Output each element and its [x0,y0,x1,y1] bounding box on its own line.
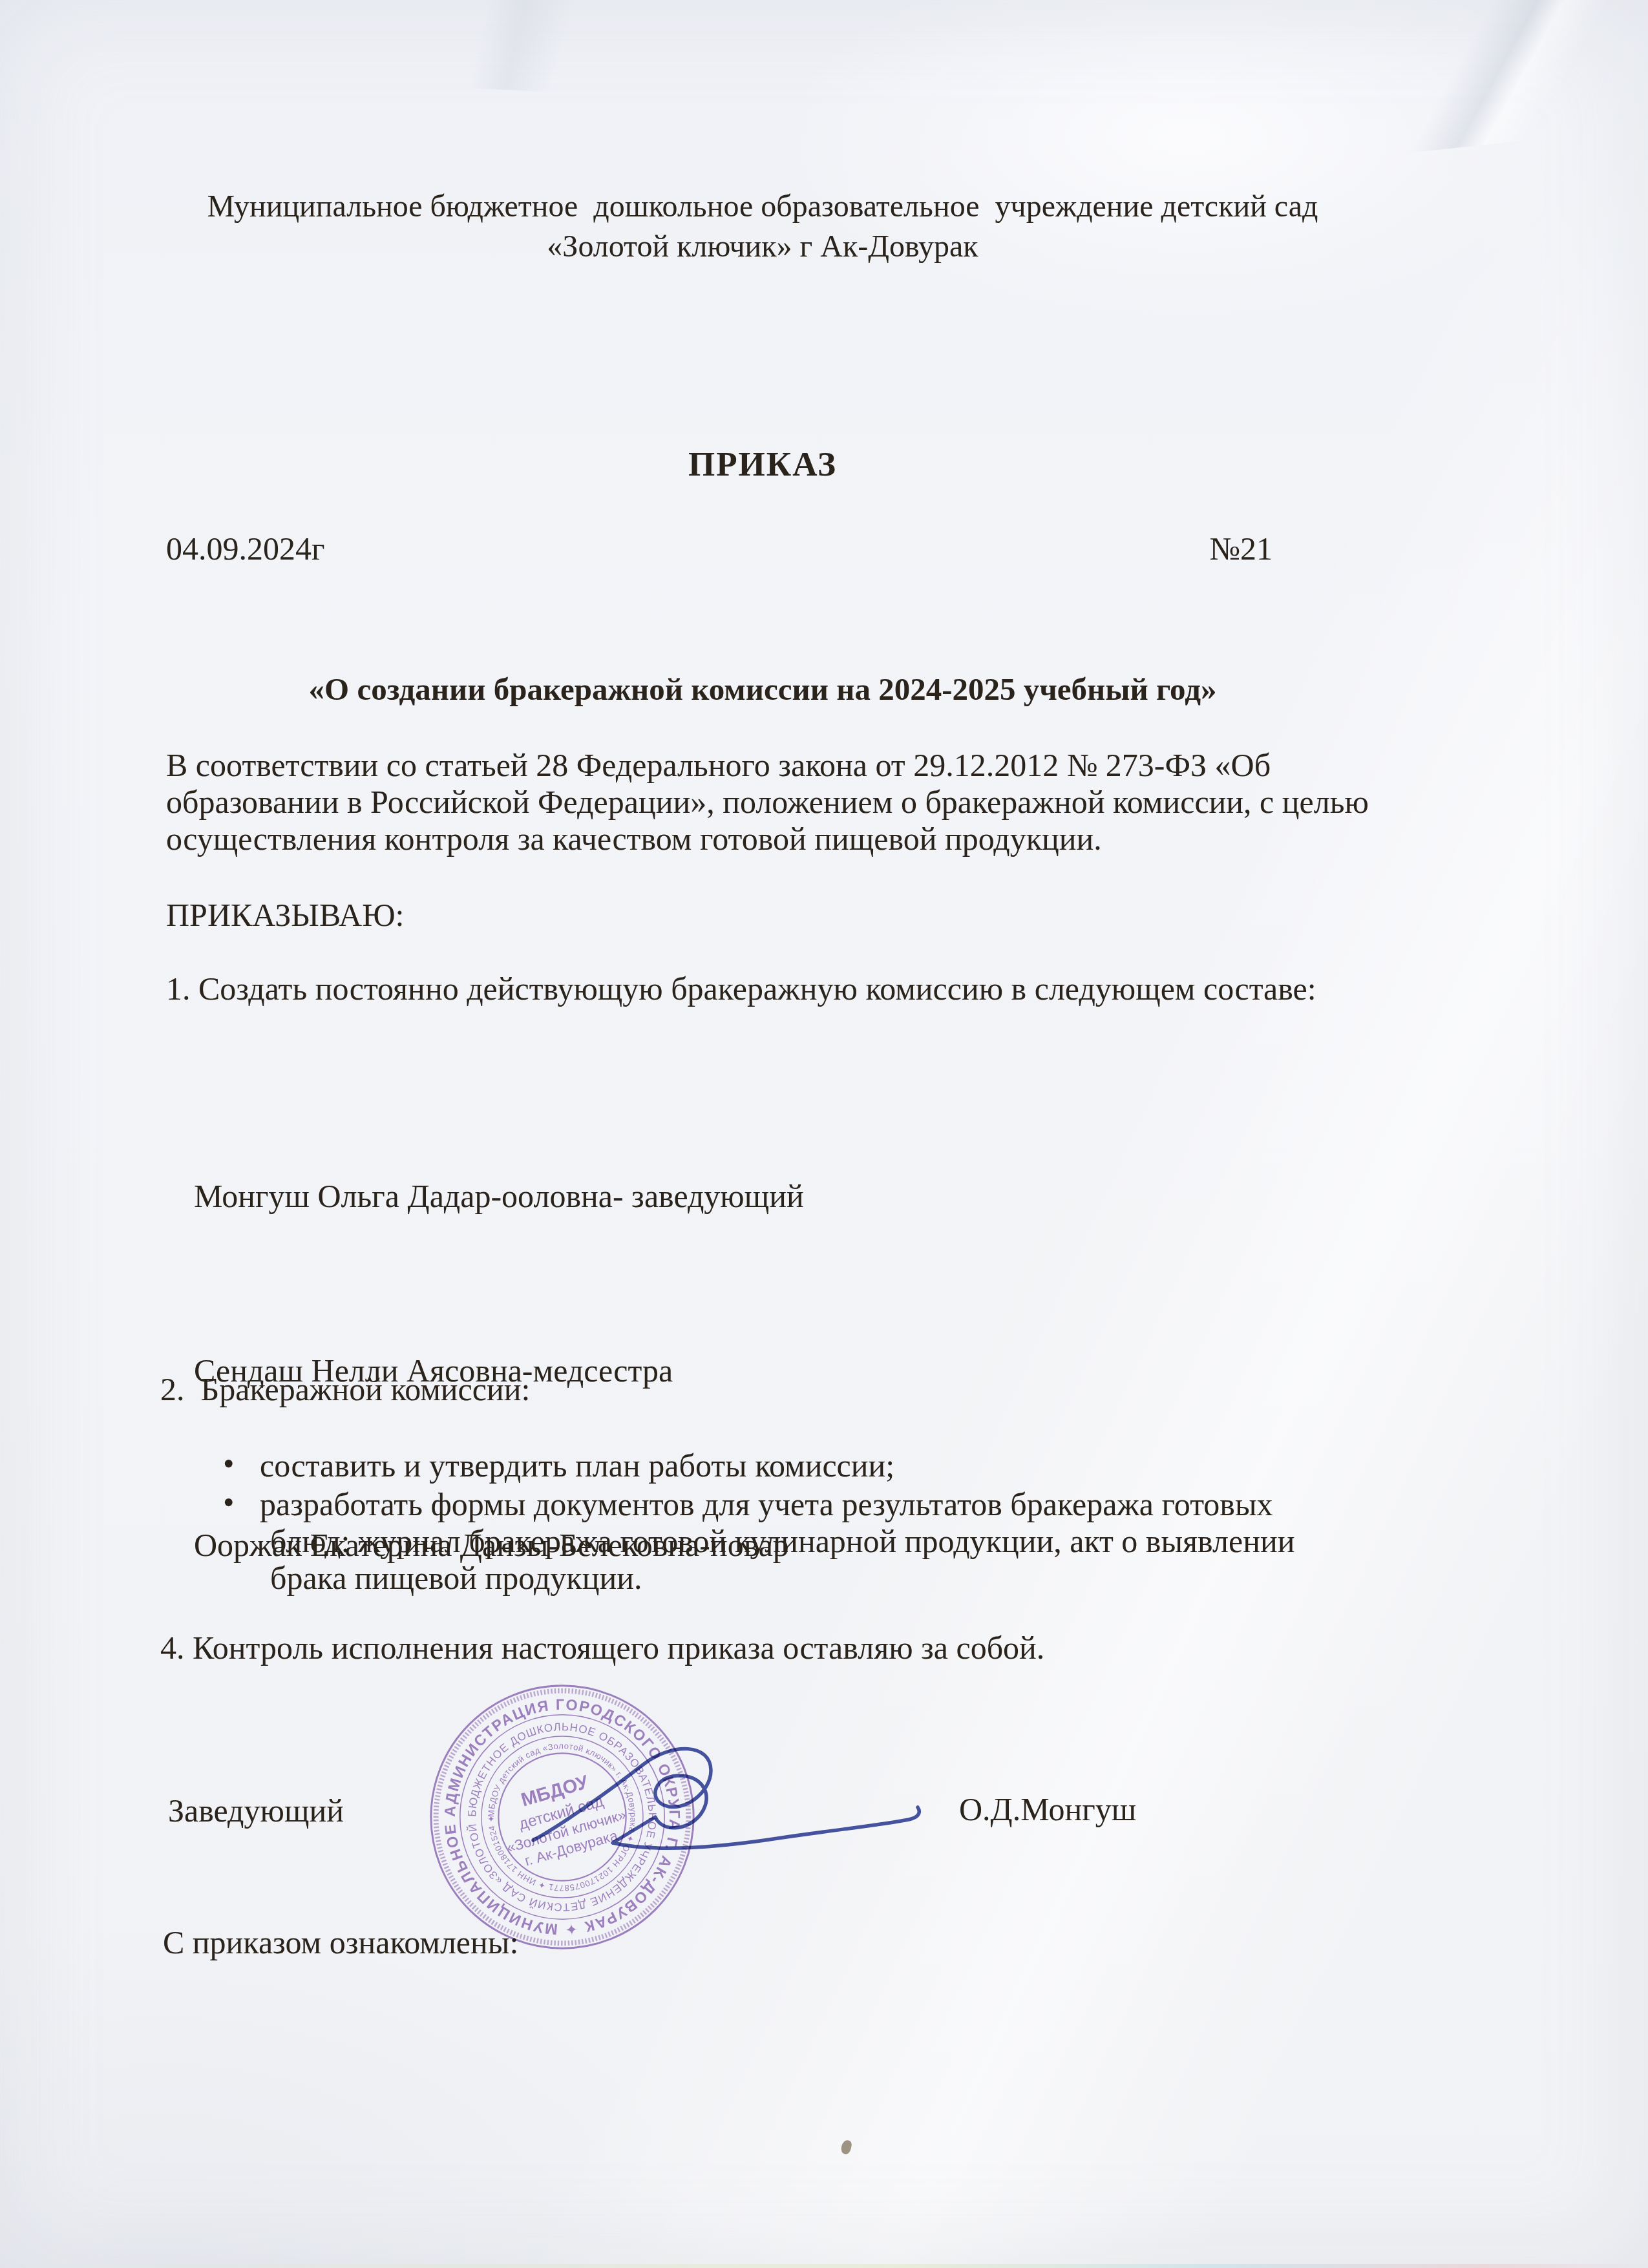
handwritten-signature [517,1743,931,1863]
bullet-marker: • [223,1484,235,1521]
date-number-row: 04.09.2024г №21 [166,530,1273,567]
document-number: №21 [1209,530,1273,567]
preamble-line-3: осуществления контроля за качеством гото… [166,821,1102,857]
preamble-line-1: В соответствии со статьей 28 Федеральног… [166,747,1271,783]
order-subject: «О создании бракеражной комиссии на 2024… [213,672,1312,708]
order-item-2: 2. Бракеражной комиссии: [160,1371,530,1407]
bullet-item-2-line-1: разработать формы документов для учета р… [260,1486,1273,1522]
preamble-line-2: образовании в Российской Федерации», пол… [166,784,1369,820]
document-type-title: ПРИКАЗ [178,446,1347,484]
resolution-word: ПРИКАЗЫВАЮ: [166,897,404,933]
organization-name-line1: Муниципальное бюджетное дошкольное образ… [178,189,1347,224]
bullet-marker: • [223,1445,235,1482]
bullet-item-1: составить и утвердить план работы комисс… [260,1447,894,1484]
scanner-edge-artifact [0,2264,1648,2268]
organization-name-line2: «Золотой ключик» г Ак-Довурак [178,229,1347,264]
paper-crease [288,0,745,102]
paper-crease [1317,0,1648,161]
order-item-4: 4. Контроль исполнения настоящего приказ… [160,1630,1044,1666]
member-item: Монгуш Ольга Дадар-ооловна- заведующий [194,1167,804,1225]
bullet-item-2-line-2: блюд: журнал бракеража готовой кулинарно… [270,1523,1294,1559]
order-item-1: 1. Создать постоянно действующую бракера… [166,971,1316,1007]
signer-name: О.Д.Монгуш [959,1791,1136,1827]
document-date: 04.09.2024г [166,530,325,567]
paper-blemish [840,2139,852,2156]
scanned-order-document: Муниципальное бюджетное дошкольное образ… [0,0,1648,2268]
bullet-item-2-line-3: брака пищевой продукции. [270,1560,642,1596]
signer-role: Заведующий [168,1792,344,1829]
